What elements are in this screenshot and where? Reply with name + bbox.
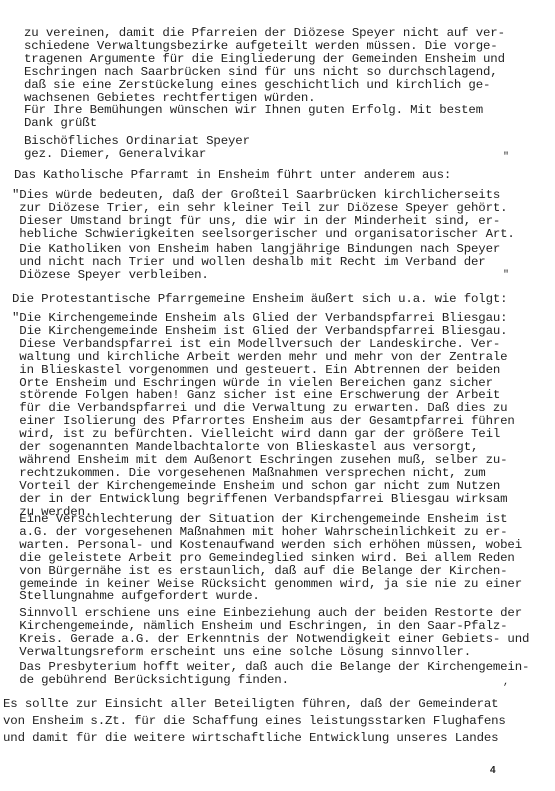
text-line: Kirchengemeinde, nämlich Ensheim und Esc… [12, 620, 507, 633]
text-line: Es sollte zur Einsicht aller Beteiligten… [3, 698, 498, 711]
text-line: Dieser Umstand bringt für uns, die wir i… [12, 215, 500, 228]
text-line: Eschringen nach Saarbrücken sind für uns… [24, 66, 498, 79]
document-page: zu vereinen, damit die Pfarreien der Diö… [0, 0, 555, 791]
text-line: Diese Verbandspfarrei ist ein Modellvers… [12, 338, 500, 351]
text-line: Das Katholische Pfarramt in Ensheim führ… [14, 169, 451, 182]
text-line: waltung und kirchliche Arbeit werden meh… [12, 351, 507, 364]
text-line: Verwaltungsreform erscheint uns eine sol… [12, 646, 471, 659]
closing-quote-mark: " [503, 152, 509, 163]
text-line: von Bürgernähe ist es erstaunlich, daß a… [12, 565, 507, 578]
text-line: Diözese Speyer verbleiben. [12, 269, 209, 282]
text-line: während Ensheim mit dem Außenort Eschrin… [12, 454, 507, 467]
text-line: Dank grüßt [24, 117, 97, 130]
text-line: der in der Entwicklung begriffenen Verba… [12, 493, 507, 506]
text-line: zur Diözese Trier, ein sehr kleiner Teil… [12, 202, 507, 215]
page-number: 4 [490, 765, 496, 776]
text-line: Vorteil der Kirchengemeinde Ensheim und … [12, 480, 500, 493]
text-line: daß sie eine Zerstückelung eines geschic… [24, 79, 490, 92]
text-line: hebliche Schwierigkeiten seelsorgerische… [12, 228, 515, 241]
text-line: und damit für die weitere wirtschaftlich… [3, 732, 498, 745]
text-line: Die Protestantische Pfarrgemeine Ensheim… [12, 293, 507, 306]
text-line: de gebührend Berücksichtigung finden. [12, 674, 289, 687]
text-line: Kreis. Gerade a.G. der Erkenntnis der No… [12, 633, 529, 646]
text-line: tragenen Argumente für die Eingliederung… [24, 53, 505, 66]
text-line: a.G. der vorgesehenen Maßnahmen mit hohe… [12, 526, 507, 539]
text-line: schiedene Verwaltungsbezirke aufgeteilt … [24, 40, 498, 53]
text-line: rechtzukommen. Die vorgesehenen Maßnahme… [12, 467, 486, 480]
text-line: und nicht nach Trier und wollen deshalb … [12, 256, 486, 269]
closing-quote-mark: , [503, 677, 509, 688]
text-line: gez. Diemer, Generalvikar [24, 148, 206, 161]
text-line: Die Kirchengemeinde Ensheim ist Glied de… [12, 325, 507, 338]
closing-quote-mark: " [503, 270, 509, 281]
text-line: von Ensheim s.Zt. für die Schaffung eine… [3, 715, 506, 728]
text-line: warten. Personal- und Kostenaufwand werd… [12, 539, 522, 552]
text-line: in Blieskastel vorgenommen und gesteuert… [12, 364, 500, 377]
text-line: die geleistete Arbeit pro Gemeindeglied … [12, 552, 515, 565]
text-line: Stellungnahme aufgefordert wurde. [12, 590, 260, 603]
